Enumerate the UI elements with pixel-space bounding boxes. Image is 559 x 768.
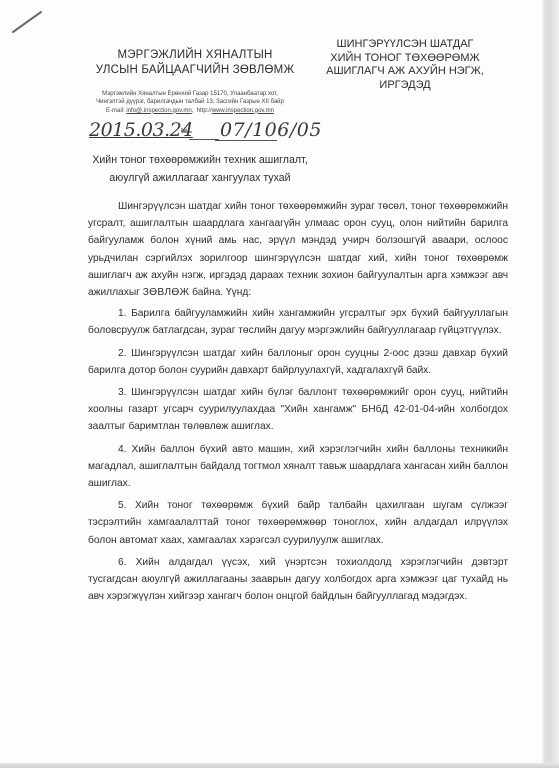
addressee-line-4: ИРГЭДЭД xyxy=(320,79,490,93)
contact-line: E-mail: info@.inspection.gov.mn, http://… xyxy=(60,107,320,115)
intro-ending: байна. Үүнд: xyxy=(189,287,251,298)
item-number: 1. xyxy=(118,308,127,319)
addressee-block: ШИНГЭРҮҮЛСЭН ШАТДАГ ХИЙН ТОНОГ ТӨХӨӨРӨМЖ… xyxy=(320,38,490,92)
item-number: 2. xyxy=(118,348,127,359)
recommendation-item-2: 2. Шингэрүүлсэн шатдаг хийн баллоныг оро… xyxy=(88,345,508,379)
recommendation-item-3: 3. Шингэрүүлсэн шатдаг хийн бүлэг баллон… xyxy=(88,384,508,436)
org-title-line-2: УЛСЫН БАЙЦААГЧИЙН ЗӨВЛӨМЖ xyxy=(95,63,295,78)
scan-edge-shadow-right xyxy=(542,0,559,768)
item-number: 5. xyxy=(118,500,127,511)
subject-line-1: Хийн тоног төхөөрөмжийн техник ашиглалт, xyxy=(80,151,320,169)
item-text: Хийн баллон бүхий авто машин, хий хэрэгл… xyxy=(88,444,508,489)
intro-text: Шингэрүүлсэн шатдаг хийн тоног төхөөрөмж… xyxy=(88,201,508,298)
scan-edge-shadow-bottom xyxy=(0,763,559,768)
number-sign: № xyxy=(181,128,187,134)
website-link[interactable]: www.inspection.gov.mn xyxy=(212,108,274,114)
address-line-2: Чингэлтэй дүүрэг, барилгачдын талбай 13,… xyxy=(60,98,320,106)
addressee-line-2: ХИЙН ТОНОГ ТӨХӨӨРӨМЖ xyxy=(320,52,490,66)
email-label: E-mail: xyxy=(106,108,125,114)
item-number: 6. xyxy=(118,557,127,568)
letter-body: Шингэрүүлсэн шатдаг хийн тоног төхөөрөмж… xyxy=(88,198,508,605)
letter-subject: Хийн тоног төхөөрөмжийн техник ашиглалт,… xyxy=(80,151,320,187)
handwritten-reference-number: 07/106/05 xyxy=(220,119,322,141)
addressee-line-3: АШИГЛАГЧ АЖ АХУЙН НЭГЖ, xyxy=(320,65,490,79)
recommendation-item-4: 4. Хийн баллон бүхий авто машин, хий хэр… xyxy=(88,441,508,493)
intro-paragraph: Шингэрүүлсэн шатдаг хийн тоног төхөөрөмж… xyxy=(88,198,508,301)
scanned-letter-page: МЭРГЭЖЛИЙН ХЯНАЛТЫН УЛСЫН БАЙЦААГЧИЙН ЗӨ… xyxy=(0,0,559,768)
recommend-emphasis: ЗӨВЛӨЖ xyxy=(143,287,190,298)
item-text: Хийн тоног төхөөрөмж бүхий байр талбайн … xyxy=(88,500,508,545)
item-number: 4. xyxy=(118,444,127,455)
reference-number-underline xyxy=(215,140,277,141)
item-text: Шингэрүүлсэн шатдаг хийн бүлэг баллонт т… xyxy=(88,387,508,432)
recommendation-item-1: 1. Барилга байгууламжийн хийн хангамжийн… xyxy=(88,305,508,339)
email-link[interactable]: info@.inspection.gov.mn xyxy=(126,108,191,114)
recommendation-item-5: 5. Хийн тоног төхөөрөмж бүхий байр талба… xyxy=(88,497,508,549)
issuing-organization-title: МЭРГЭЖЛИЙН ХЯНАЛТЫН УЛСЫН БАЙЦААГЧИЙН ЗӨ… xyxy=(95,48,295,78)
reference-line: 2015.03.24 № 07/106/05 xyxy=(87,119,322,145)
org-title-line-1: МЭРГЭЖЛИЙН ХЯНАЛТЫН xyxy=(95,48,295,63)
handwritten-date: 2015.03.24 xyxy=(89,119,193,141)
item-text: Шингэрүүлсэн шатдаг хийн баллоныг орон с… xyxy=(88,348,508,376)
item-number: 3. xyxy=(118,387,127,398)
web-label: http:// xyxy=(197,108,212,114)
item-text: Барилга байгууламжийн хийн хангамжийн уг… xyxy=(88,308,508,336)
addressee-line-1: ШИНГЭРҮҮЛСЭН ШАТДАГ xyxy=(320,38,490,52)
item-text: Хийн алдагдал үүсэх, хий үнэртсэн тохиол… xyxy=(88,557,508,602)
organization-address: Мэргэжлийн Хяналтын Ерөнхий Газар 15170,… xyxy=(60,90,320,115)
address-line-1: Мэргэжлийн Хяналтын Ерөнхий Газар 15170,… xyxy=(60,90,320,98)
pen-stroke-icon xyxy=(10,9,44,35)
subject-line-2: аюулгүй ажиллагааг хангуулах тухай xyxy=(80,169,320,187)
recommendation-item-6: 6. Хийн алдагдал үүсэх, хий үнэртсэн тох… xyxy=(88,554,508,606)
